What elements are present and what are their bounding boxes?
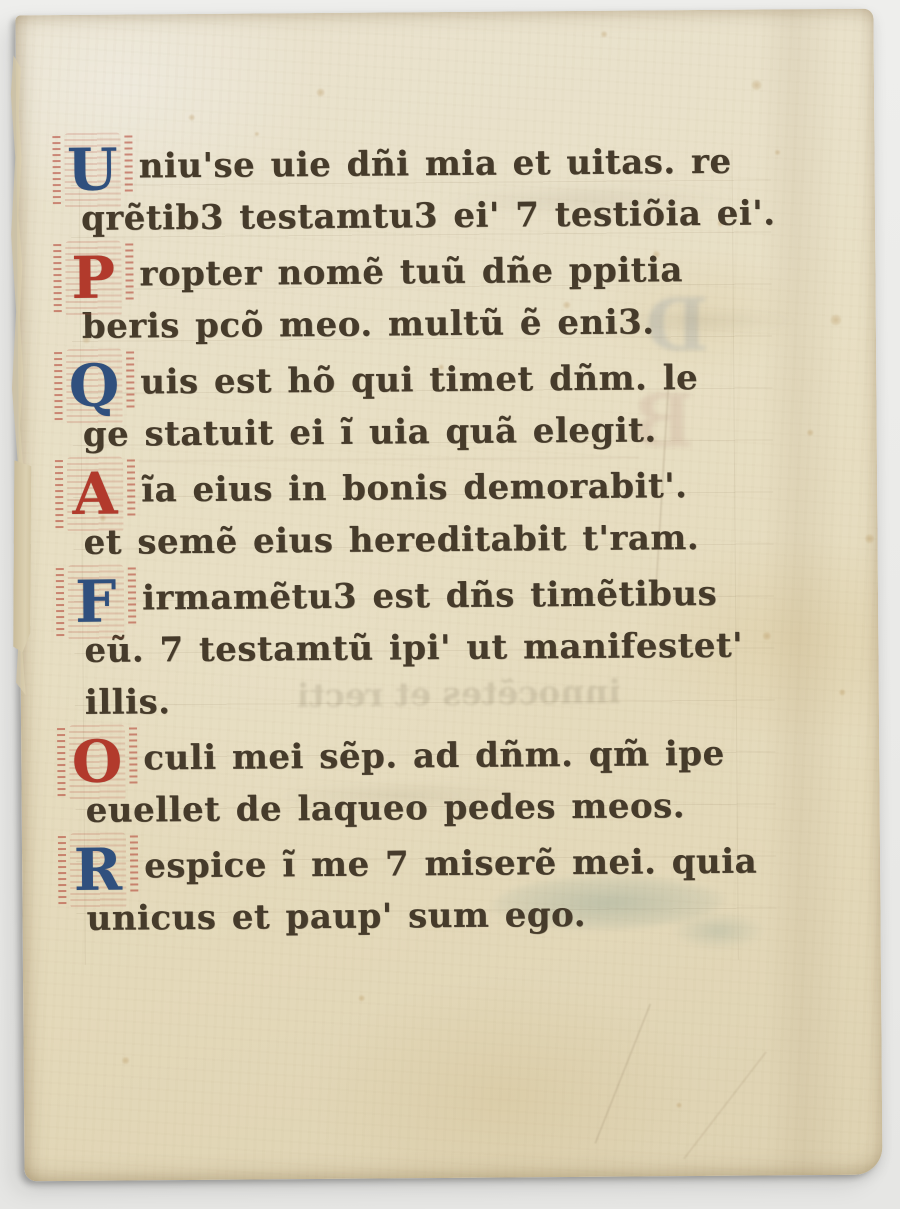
foxing-spot <box>839 689 846 696</box>
verse: Q uis est hõ qui timet dñm. le ge statui… <box>82 351 799 461</box>
text-line: espice ĩ me 7 miserẽ mei. quia <box>86 835 802 893</box>
foxing-spot <box>122 1057 130 1065</box>
foxing-spot <box>676 1102 682 1108</box>
foxing-spot <box>807 429 814 436</box>
text-line: niu'se uie dñi mia et uitas. re <box>80 135 796 193</box>
text-line: eũ. 7 testamtũ ipi' ut manifestet' <box>84 619 800 677</box>
foxing-spot <box>601 31 608 38</box>
verse: F irmamẽtu3 est dñs timẽtibus eũ. 7 test… <box>84 567 801 729</box>
versal-initial: O <box>69 725 126 801</box>
text-line: euellet de laqueo pedes meos. <box>85 779 801 837</box>
manuscript-photo: D B innocẽtes et recti <box>0 0 900 1209</box>
parchment-crease <box>594 1004 651 1144</box>
foxing-spot <box>865 534 875 544</box>
binding-stub <box>13 460 31 652</box>
text-line: et semẽ eius hereditabit t'ram. <box>83 511 799 569</box>
versal-initial: Q <box>66 349 123 425</box>
text-line: unicus et paup' sum ego. <box>86 887 802 945</box>
text-line: qrẽtib3 testamtu3 ei' 7 testiõia ei'. <box>81 187 797 245</box>
verse: P ropter nomẽ tuũ dñe ppitia beris pcõ m… <box>81 243 798 353</box>
manuscript-leaf: D B innocẽtes et recti <box>15 9 882 1182</box>
versal-initial: F <box>68 565 125 641</box>
text-block: U niu'se uie dñi mia et uitas. re qrẽtib… <box>80 135 802 949</box>
text-line: ge statuit ei ĩ uia quã elegit. <box>83 403 799 461</box>
verse: A ĩa eius in bonis demorabit'. et semẽ e… <box>83 459 800 569</box>
text-line: ropter nomẽ tuũ dñe ppitia <box>81 243 797 301</box>
versal-initial: P <box>65 241 122 317</box>
versal-initial: U <box>64 133 121 209</box>
foxing-spot <box>188 114 195 121</box>
foxing-spot <box>358 995 365 1002</box>
text-line: beris pcõ meo. multũ ẽ eni3. <box>82 295 798 353</box>
text-line: illis. <box>85 671 801 729</box>
foxing-spot <box>751 80 762 91</box>
foxing-spot <box>316 88 325 97</box>
foxing-spot <box>830 314 842 326</box>
verse: U niu'se uie dñi mia et uitas. re qrẽtib… <box>80 135 797 245</box>
text-line: irmamẽtu3 est dñs timẽtibus <box>84 567 800 625</box>
verse: R espice ĩ me 7 miserẽ mei. quia unicus … <box>86 835 803 945</box>
versal-initial: R <box>70 833 127 909</box>
versal-initial: A <box>67 457 124 533</box>
foxing-spot <box>254 131 259 136</box>
verse: O culi mei sẽp. ad dñm. qm̃ ipe euellet … <box>85 727 802 837</box>
text-line: culi mei sẽp. ad dñm. qm̃ ipe <box>85 727 801 785</box>
parchment-crease <box>683 1051 767 1159</box>
text-line: ĩa eius in bonis demorabit'. <box>83 459 799 517</box>
text-line: uis est hõ qui timet dñm. le <box>82 351 798 409</box>
